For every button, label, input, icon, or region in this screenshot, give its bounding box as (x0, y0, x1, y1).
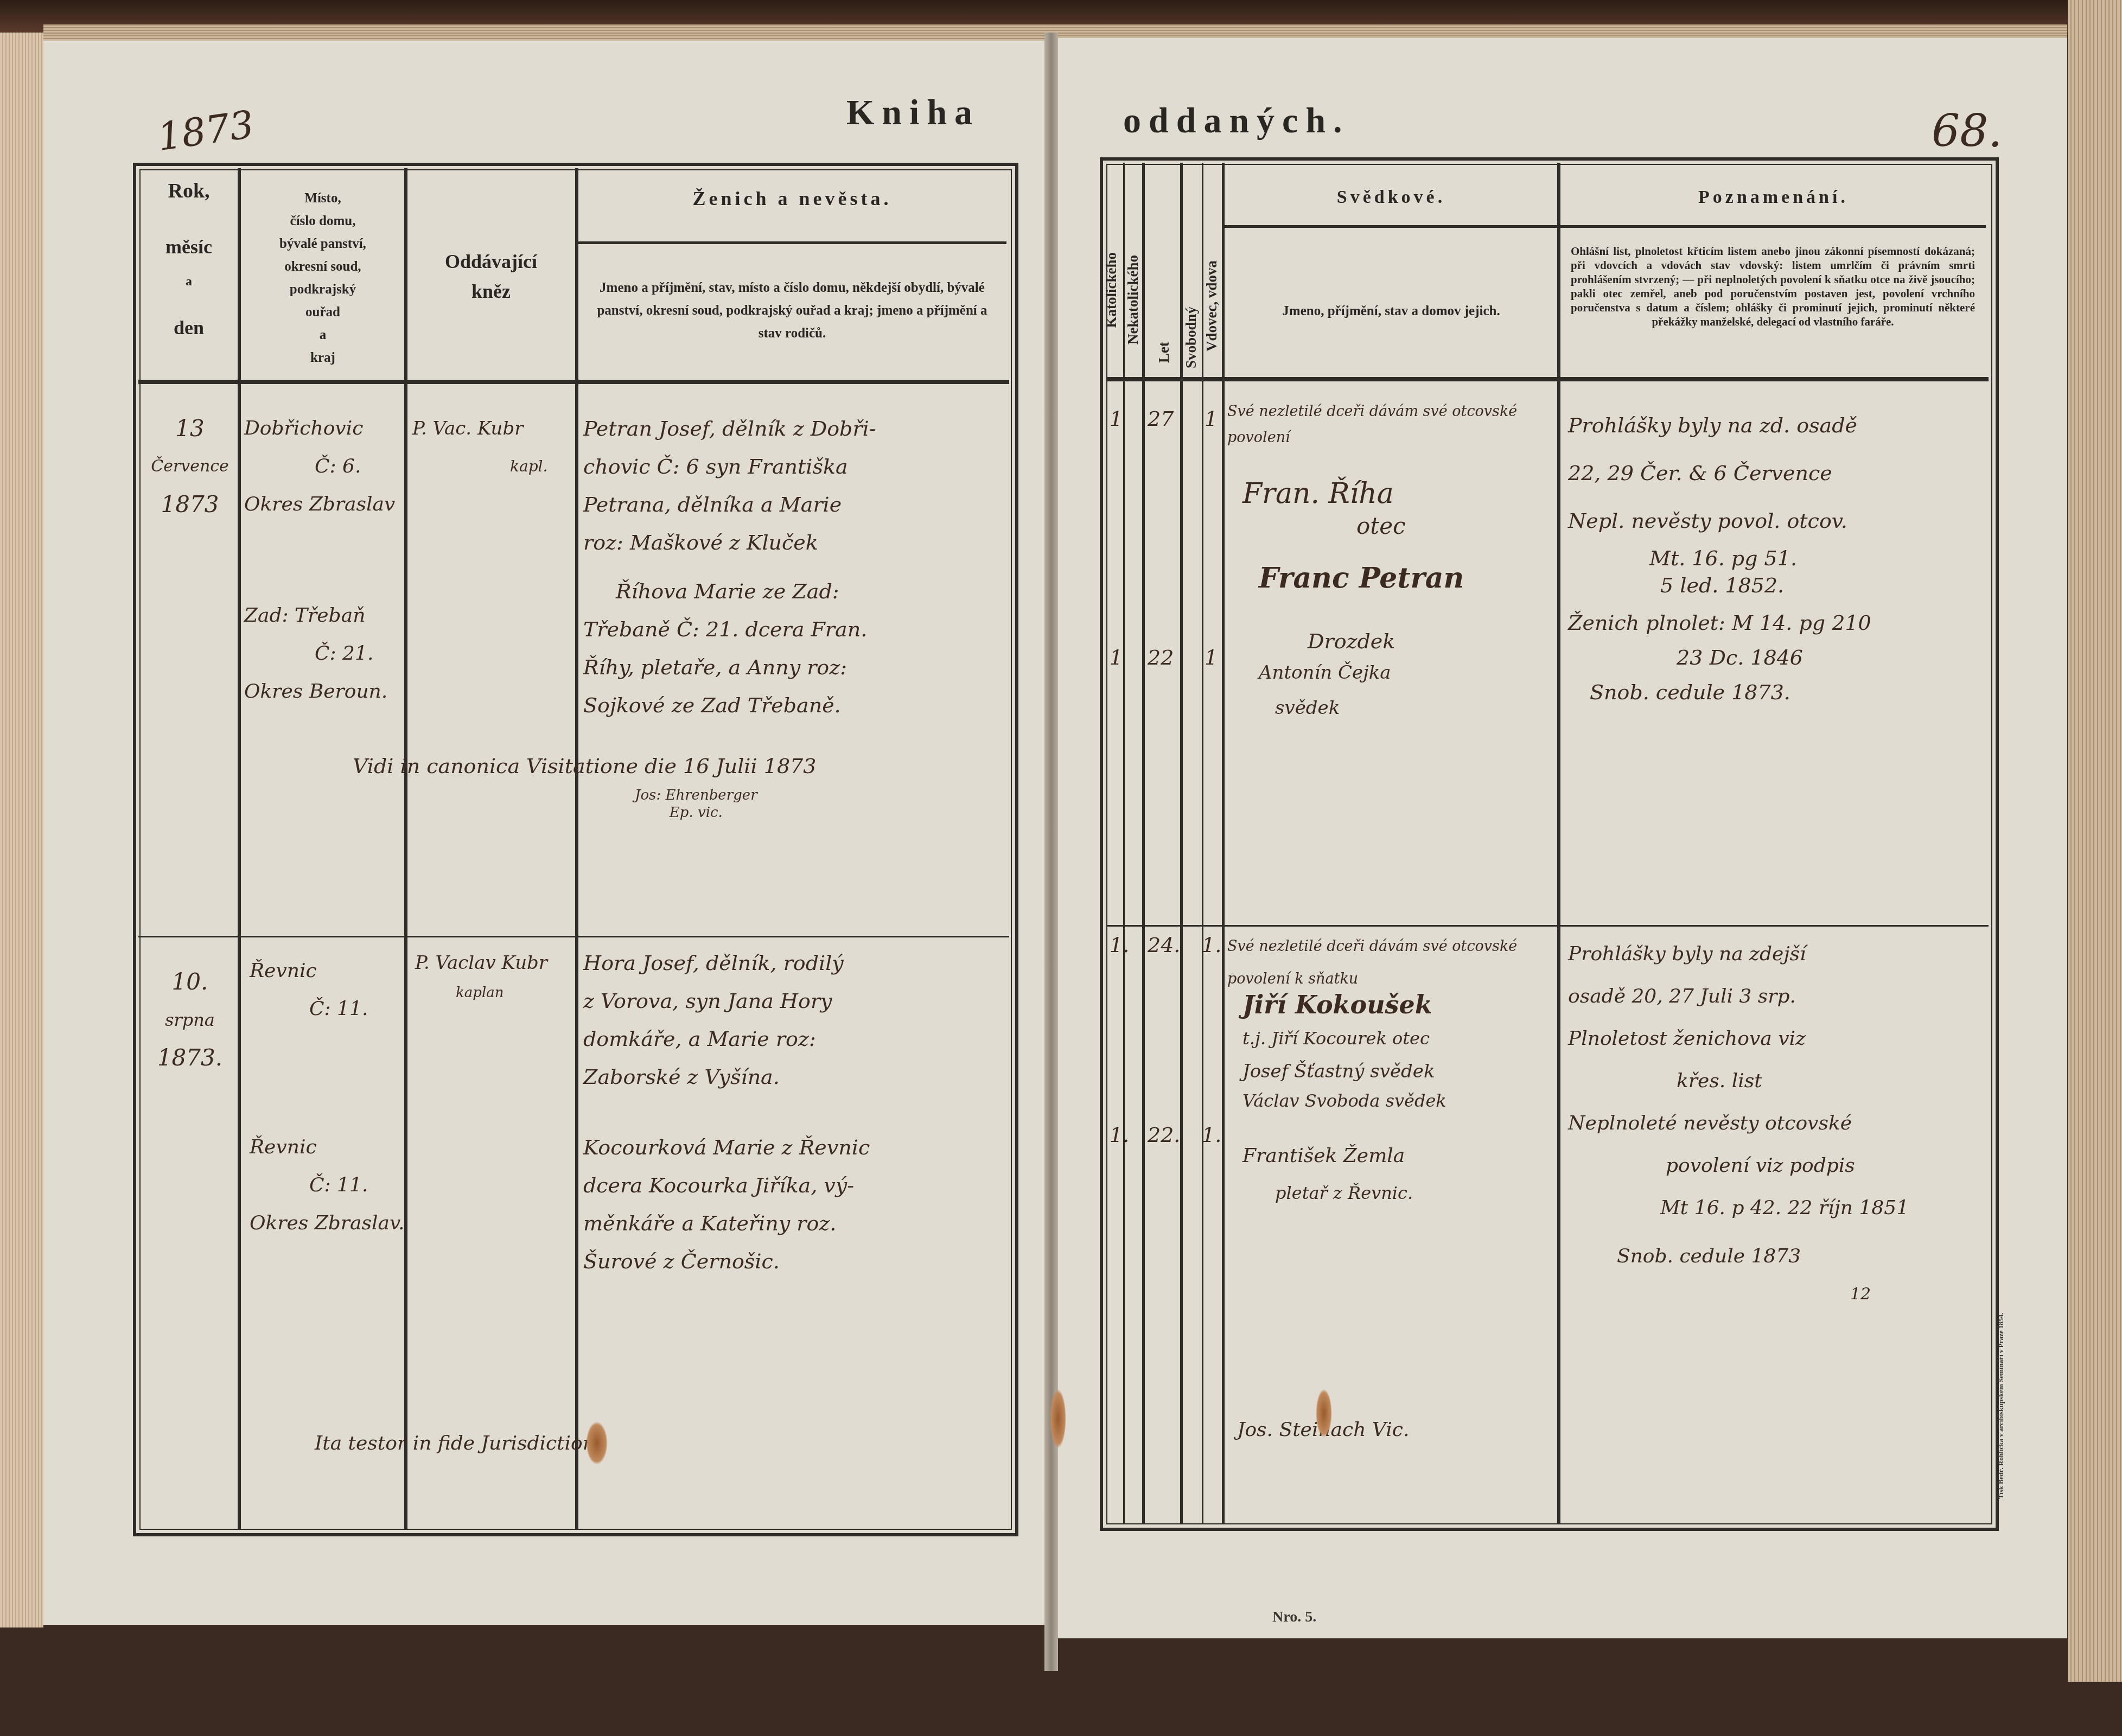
entry-2-groom-catholic: 1. (1110, 933, 1129, 957)
entry-1-witness-signature: Antonín Čejka (1259, 662, 1391, 684)
entry-2-witness-signature: František Žemla (1242, 1145, 1405, 1167)
col-divider (1222, 163, 1225, 1524)
entry-1-bride-single: 1 (1205, 646, 1218, 669)
entry-2-groom-single: 1. (1202, 933, 1221, 957)
entry-1-witness-signature: Fran. Říha (1242, 477, 1394, 510)
header-bottom-rule (138, 380, 1009, 384)
entry-2-witness-signature: t.j. Jiří Kocourek otec (1242, 1028, 1430, 1049)
entry-1-date: 13 Července 1873 (149, 410, 231, 524)
col-divider (238, 168, 241, 1530)
header-noncatholic: Nekatolického (1125, 255, 1142, 344)
header-couple: Ženich a nevěsta. (578, 187, 1006, 210)
entry-2-notes: Prohlášky byly na zdejší osadě 20, 27 Ju… (1568, 933, 1909, 1305)
form-number: Nro. 5. (1272, 1609, 1316, 1626)
col-divider (1142, 163, 1145, 1524)
entry-1-bride-catholic: 1 (1110, 646, 1123, 669)
page-title-right: oddaných. (1123, 100, 1350, 142)
entry-2-bride-place: Řevnic Č: 11. Okres Zbraslav. (250, 1128, 404, 1242)
entry-2-consent-note: Své nezletilé dceři dávám své otcovské p… (1227, 930, 1558, 995)
header-priest: Oddávající kněz (407, 247, 575, 307)
header-witnesses-subtitle: Jmeno, příjmění, stav a domov jejich. (1225, 304, 1557, 319)
entry-1-groom: Petran Josef, dělník z Dobři- chovic Č: … (583, 410, 876, 561)
paper-stain (1316, 1389, 1332, 1438)
entry-1-visitation-signature: Jos: Ehrenberger Ep. vic. (635, 787, 757, 821)
entry-1-priest: P. Vac. Kubr kapl. (412, 410, 547, 486)
entry-divider (138, 936, 1009, 937)
page-title-left: Kniha (846, 92, 980, 133)
entry-1-groom-catholic: 1 (1110, 407, 1123, 431)
col-divider (1202, 163, 1203, 1524)
page-edges-right (2068, 0, 2122, 1682)
header-widowed: Vdovec, vdova (1203, 260, 1220, 352)
entry-1-witness-signature: Franc Petran (1259, 561, 1464, 595)
header-bottom-rule (1107, 377, 1989, 381)
paper-stain (1050, 1389, 1066, 1448)
row-divider (1224, 225, 1986, 228)
header-notes: Poznamenání. (1560, 187, 1986, 208)
entry-2-bride-single: 1. (1202, 1123, 1221, 1147)
col-divider (404, 168, 407, 1530)
entry-1-witness-role: otec (1356, 513, 1406, 539)
col-divider (1557, 163, 1560, 1524)
paper-stain (586, 1421, 608, 1465)
entry-2-bride-age: 22. (1148, 1123, 1180, 1147)
row-divider (578, 241, 1006, 244)
entry-1-bride: Říhova Marie ze Zad: Třebaně Č: 21. dcer… (583, 572, 867, 724)
header-catholic: Katolického (1103, 252, 1120, 328)
entry-1-groom-place: Dobřichovic Č: 6. Okres Zbraslav (244, 410, 395, 524)
page-edges-left (0, 33, 43, 1627)
entry-2-priest: P. Vaclav Kubr kaplan (415, 944, 547, 1004)
entry-2-certification-note: Ita testor in fide Jurisdictione (315, 1432, 607, 1454)
header-age: Let (1156, 342, 1172, 363)
header-couple-subtitle: Jmeno a příjmění, stav, místo a číslo do… (591, 277, 993, 345)
page-number: 68. (1932, 106, 2002, 157)
header-notes-subtitle: Ohlášní list, plnoletost křticím listem … (1571, 244, 1975, 329)
entry-2-groom: Hora Josef, dělník, rodilý z Vorova, syn… (583, 944, 844, 1096)
col-divider (1123, 163, 1125, 1524)
header-witnesses: Svědkové. (1225, 187, 1557, 208)
entry-divider (1107, 925, 1989, 927)
header-date: Rok, měsíc a den (140, 179, 238, 339)
entry-2-bride-catholic: 1. (1110, 1123, 1129, 1147)
entry-1-consent-note: Své nezletilé dceři dávám své otcovské p… (1227, 399, 1553, 451)
entry-2-groom-age: 24. (1148, 933, 1180, 957)
entry-1-bride-age: 22 (1148, 646, 1174, 669)
col-divider (575, 168, 578, 1530)
entry-2-bride: Kocourková Marie z Řevnic dcera Kocourka… (583, 1128, 870, 1280)
header-single: Svobodný (1183, 307, 1200, 368)
entry-2-groom-place: Řevnic Č: 11. (250, 952, 368, 1028)
header-place: Místo, číslo domu, bývalé panství, okres… (241, 187, 404, 369)
entry-1-notes: Prohlášky byly na zd. osadě 22, 29 Čer. … (1568, 401, 1871, 716)
entry-2-witness-role: pletař z Řevnic. (1275, 1183, 1413, 1203)
entry-2-date: 10. srpna 1873. (149, 963, 231, 1077)
right-table-frame (1100, 157, 1999, 1531)
entry-1-visitation-note: Vidi in canonica Visitatione die 16 Juli… (353, 754, 816, 778)
entry-1-groom-age: 27 (1148, 407, 1174, 431)
entry-1-groom-single: 1 (1205, 407, 1218, 431)
printer-imprint: Tisk Bedř. Rohlíčka v arcibiskupském Sem… (1997, 1313, 2005, 1499)
entry-2-witness-signature: Václav Svoboda svědek (1242, 1090, 1446, 1111)
entry-1-bride-place: Zad: Třebaň Č: 21. Okres Beroun. (244, 597, 387, 711)
entry-1-witness-signature: Drozdek (1308, 629, 1395, 653)
entry-2-witness-signature: Josef Šťastný svědek (1242, 1061, 1435, 1082)
entry-1-witness-role: svědek (1275, 697, 1340, 719)
entry-2-witness-signature: Jiří Kokoušek (1242, 990, 1432, 1019)
